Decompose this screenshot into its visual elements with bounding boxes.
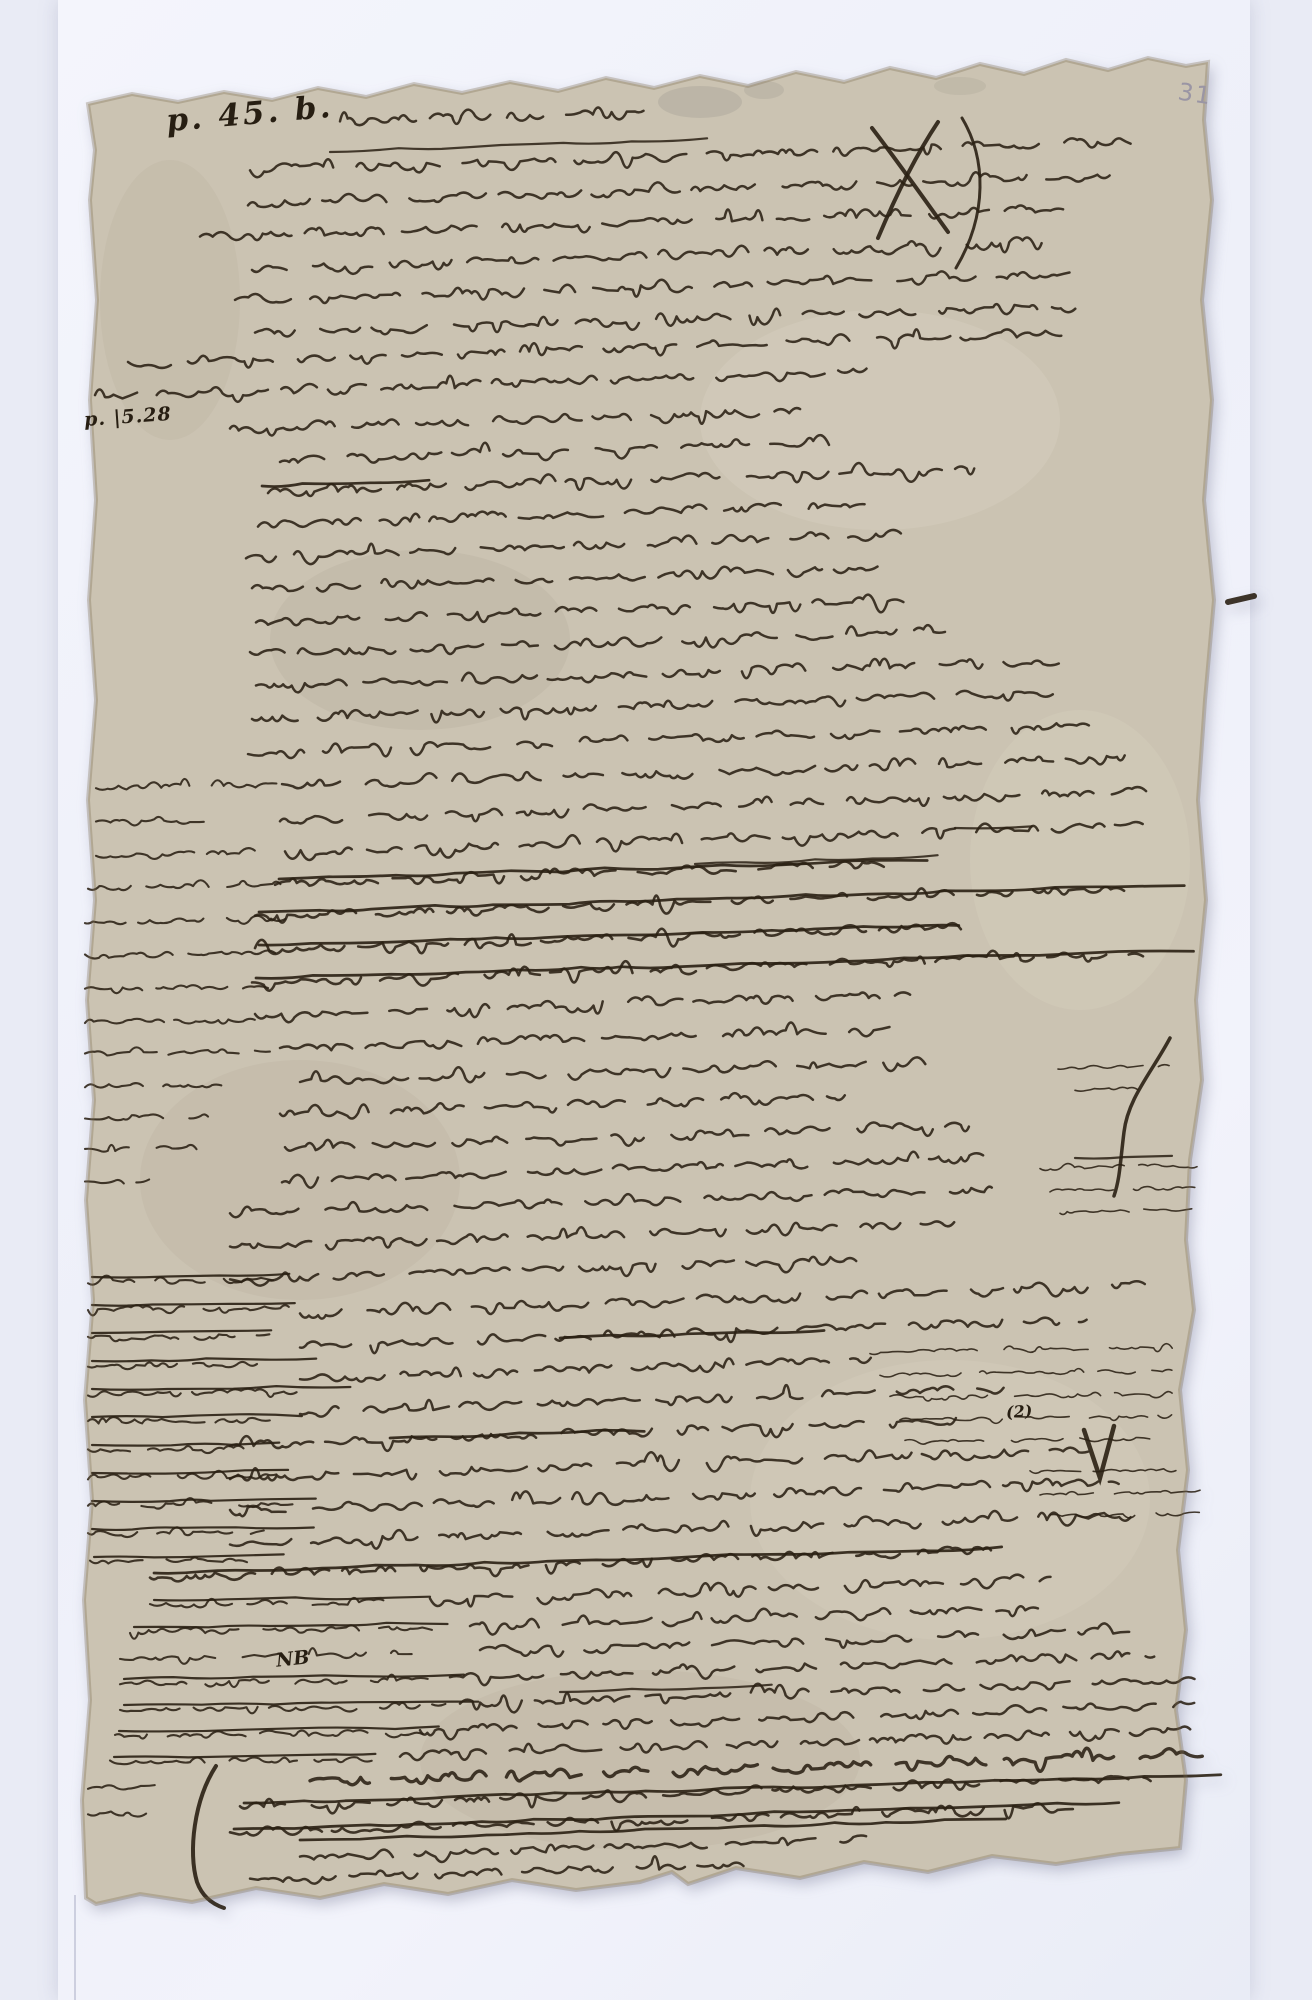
circled-number-note: (2) bbox=[1005, 1401, 1033, 1422]
nota-bene-mark: NB bbox=[275, 1646, 311, 1671]
pencil-page-number: 31 bbox=[1176, 77, 1215, 110]
right-edge-dash bbox=[1228, 596, 1254, 602]
scan-background: p. 45. b. p. |5.28 31 NB (2) bbox=[0, 0, 1312, 2000]
manuscript-page bbox=[0, 0, 1312, 2000]
